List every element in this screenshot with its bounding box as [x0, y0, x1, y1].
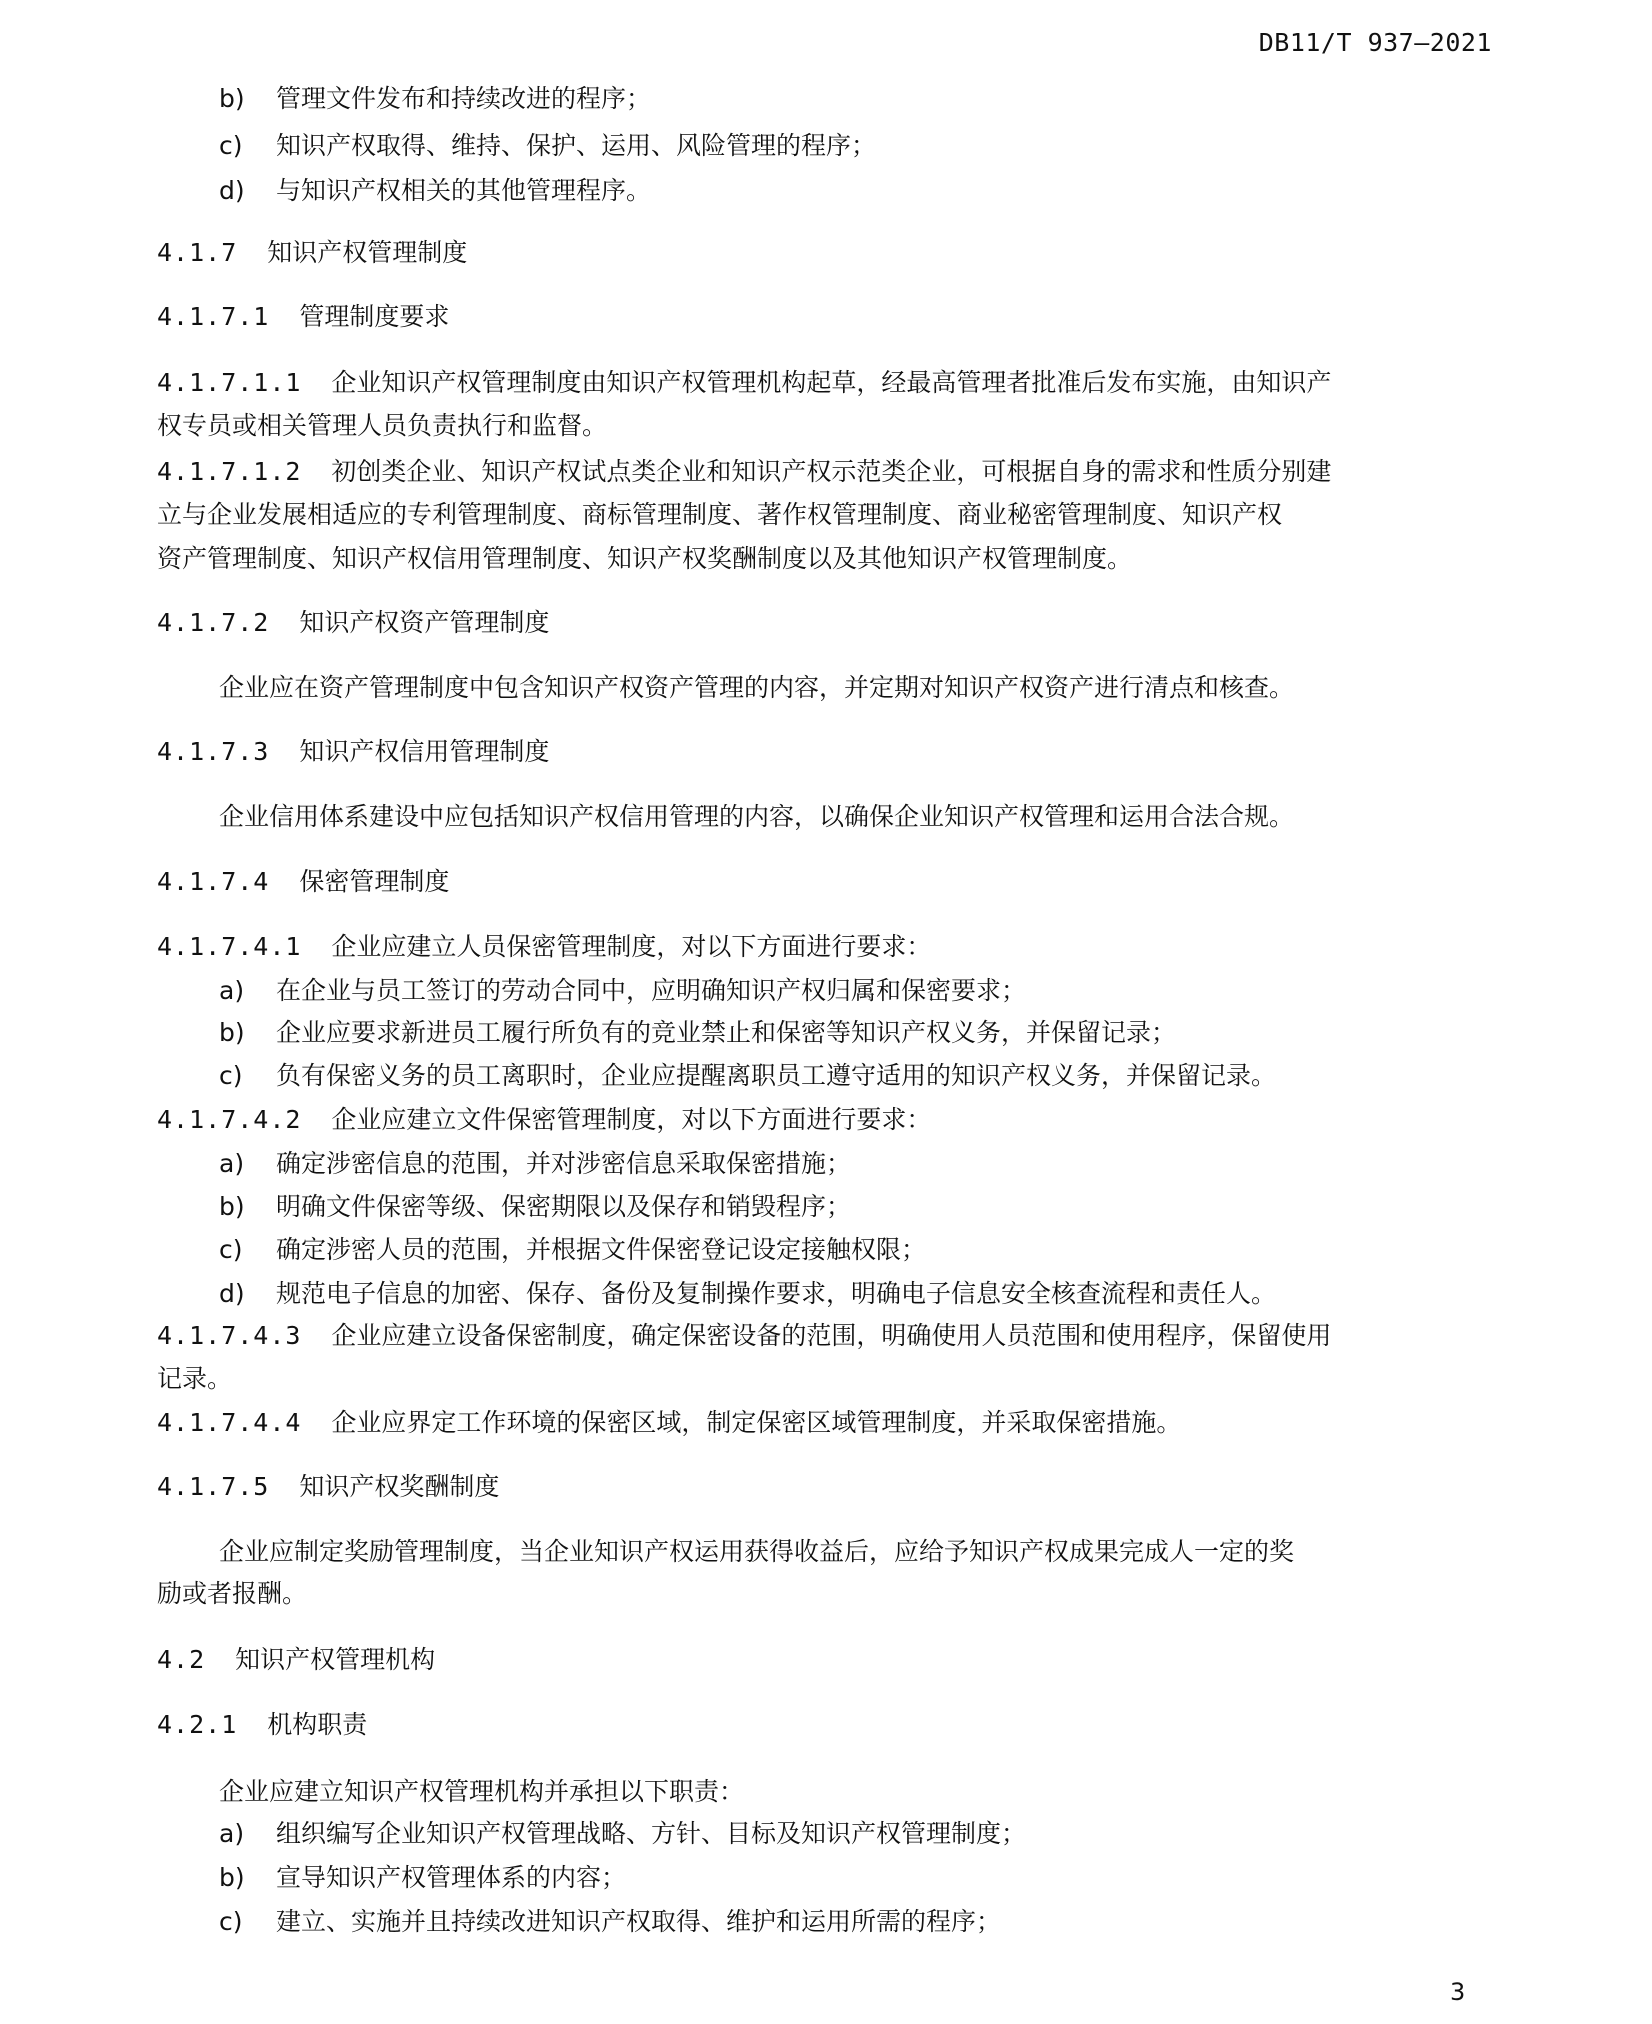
clause-text: 企业知识产权管理制度由知识产权管理机构起草，经最高管理者批准后发布实施，由知识产	[331, 368, 1331, 397]
list-text: 负有保密义务的员工离职时，企业应提醒离职员工遵守适用的知识产权义务，并保留记录。	[276, 1061, 1276, 1091]
list-text: 与知识产权相关的其他管理程序。	[276, 176, 651, 206]
section-title: 机构职责	[267, 1710, 367, 1739]
clause-text-cont: 记录。	[157, 1364, 232, 1394]
list-text: 确定涉密人员的范围，并根据文件保密登记设定接触权限；	[276, 1235, 926, 1265]
clause-number: 4.1.7.1.2	[157, 457, 301, 487]
clause-line: 4.1.7.4.2 企业应建立文件保密管理制度，对以下方面进行要求：	[157, 1105, 931, 1135]
list-text: 建立、实施并且持续改进知识产权取得、维护和运用所需的程序；	[276, 1907, 1001, 1937]
clause-4-1-7-4-4: 4.1.7.4.4 企业应界定工作环境的保密区域，制定保密区域管理制度，并采取保…	[157, 1408, 1181, 1438]
section-number: 4.1.7	[157, 238, 237, 268]
clause-line: 4.1.7.4.3 企业应建立设备保密制度，确定保密设备的范围，明确使用人员范围…	[157, 1321, 1331, 1351]
clause-number: 4.1.7.4.2	[157, 1105, 301, 1135]
clause-number: 4.1.7.4.4	[157, 1408, 301, 1438]
list-text: 组织编写企业知识产权管理战略、方针、目标及知识产权管理制度；	[276, 1819, 1026, 1849]
list-label: d)	[219, 176, 269, 206]
clause-text-cont: 立与企业发展相适应的专利管理制度、商标管理制度、著作权管理制度、商业秘密管理制度…	[157, 500, 1282, 530]
section-number: 4.1.7.2	[157, 608, 269, 638]
paragraph: 企业应制定奖励管理制度，当企业知识产权运用获得收益后，应给予知识产权成果完成人一…	[219, 1537, 1294, 1567]
list-label: a)	[219, 976, 269, 1006]
section-title: 知识产权管理制度	[267, 238, 467, 267]
list-label: b)	[219, 1018, 269, 1048]
clause-line: 4.1.7.1.2 初创类企业、知识产权试点类企业和知识产权示范类企业，可根据自…	[157, 457, 1331, 487]
section-heading-4-1-7-1: 4.1.7.1 管理制度要求	[157, 302, 449, 332]
clause-text-cont: 权专员或相关管理人员负责执行和监督。	[157, 411, 607, 441]
list-label: c)	[219, 1061, 269, 1091]
list-label: a)	[219, 1149, 269, 1179]
clause-text: 企业应建立人员保密管理制度，对以下方面进行要求：	[331, 932, 931, 961]
list-label: b)	[219, 1863, 269, 1893]
section-heading-4-1-7: 4.1.7 知识产权管理制度	[157, 238, 467, 268]
section-title: 管理制度要求	[299, 302, 449, 331]
clause-number: 4.1.7.4.1	[157, 932, 301, 962]
clause-number: 4.1.7.1.1	[157, 368, 301, 398]
section-number: 4.1.7.5	[157, 1472, 269, 1502]
section-number: 4.1.7.4	[157, 867, 269, 897]
list-text: 管理文件发布和持续改进的程序；	[276, 84, 651, 114]
section-number: 4.1.7.1	[157, 302, 269, 332]
section-title: 知识产权管理机构	[235, 1645, 435, 1674]
list-text: 规范电子信息的加密、保存、备份及复制操作要求，明确电子信息安全核查流程和责任人。	[276, 1279, 1276, 1309]
section-heading-4-2: 4.2 知识产权管理机构	[157, 1645, 435, 1675]
section-heading-4-2-1: 4.2.1 机构职责	[157, 1710, 367, 1740]
paragraph: 企业应建立知识产权管理机构并承担以下职责：	[219, 1777, 744, 1807]
list-label: b)	[219, 84, 269, 114]
section-heading-4-1-7-3: 4.1.7.3 知识产权信用管理制度	[157, 737, 549, 767]
clause-text: 初创类企业、知识产权试点类企业和知识产权示范类企业，可根据自身的需求和性质分别建	[331, 457, 1331, 486]
clause-text: 企业应建立文件保密管理制度，对以下方面进行要求：	[331, 1105, 931, 1134]
section-heading-4-1-7-4: 4.1.7.4 保密管理制度	[157, 867, 449, 897]
clause-text: 企业应界定工作环境的保密区域，制定保密区域管理制度，并采取保密措施。	[331, 1408, 1181, 1437]
list-label: c)	[219, 131, 269, 161]
paragraph-cont: 励或者报酬。	[157, 1579, 307, 1609]
section-number: 4.2	[157, 1645, 205, 1675]
section-number: 4.2.1	[157, 1710, 237, 1740]
section-title: 知识产权资产管理制度	[299, 608, 549, 637]
list-label: c)	[219, 1235, 269, 1265]
section-title: 知识产权奖酬制度	[299, 1472, 499, 1501]
section-title: 知识产权信用管理制度	[299, 737, 549, 766]
section-number: 4.1.7.3	[157, 737, 269, 767]
document-code-header: DB11/T 937—2021	[1259, 28, 1492, 57]
paragraph: 企业信用体系建设中应包括知识产权信用管理的内容，以确保企业知识产权管理和运用合法…	[219, 802, 1294, 832]
clause-text-cont: 资产管理制度、知识产权信用管理制度、知识产权奖酬制度以及其他知识产权管理制度。	[157, 544, 1132, 574]
list-text: 在企业与员工签订的劳动合同中，应明确知识产权归属和保密要求；	[276, 976, 1026, 1006]
list-label: a)	[219, 1819, 269, 1849]
list-text: 企业应要求新进员工履行所负有的竞业禁止和保密等知识产权义务，并保留记录；	[276, 1018, 1176, 1048]
clause-text: 企业应建立设备保密制度，确定保密设备的范围，明确使用人员范围和使用程序，保留使用	[331, 1321, 1331, 1350]
paragraph: 企业应在资产管理制度中包含知识产权资产管理的内容，并定期对知识产权资产进行清点和…	[219, 673, 1294, 703]
list-label: c)	[219, 1907, 269, 1937]
list-label: b)	[219, 1192, 269, 1222]
list-text: 知识产权取得、维持、保护、运用、风险管理的程序；	[276, 131, 876, 161]
clause-number: 4.1.7.4.3	[157, 1321, 301, 1351]
list-text: 确定涉密信息的范围，并对涉密信息采取保密措施；	[276, 1149, 851, 1179]
list-text: 宣导知识产权管理体系的内容；	[276, 1863, 626, 1893]
clause-line: 4.1.7.4.1 企业应建立人员保密管理制度，对以下方面进行要求：	[157, 932, 931, 962]
page-number: 3	[1450, 1978, 1465, 2006]
section-heading-4-1-7-5: 4.1.7.5 知识产权奖酬制度	[157, 1472, 499, 1502]
section-title: 保密管理制度	[299, 867, 449, 896]
section-heading-4-1-7-2: 4.1.7.2 知识产权资产管理制度	[157, 608, 549, 638]
list-text: 明确文件保密等级、保密期限以及保存和销毁程序；	[276, 1192, 851, 1222]
clause-line: 4.1.7.1.1 企业知识产权管理制度由知识产权管理机构起草，经最高管理者批准…	[157, 368, 1331, 398]
list-label: d)	[219, 1279, 269, 1309]
